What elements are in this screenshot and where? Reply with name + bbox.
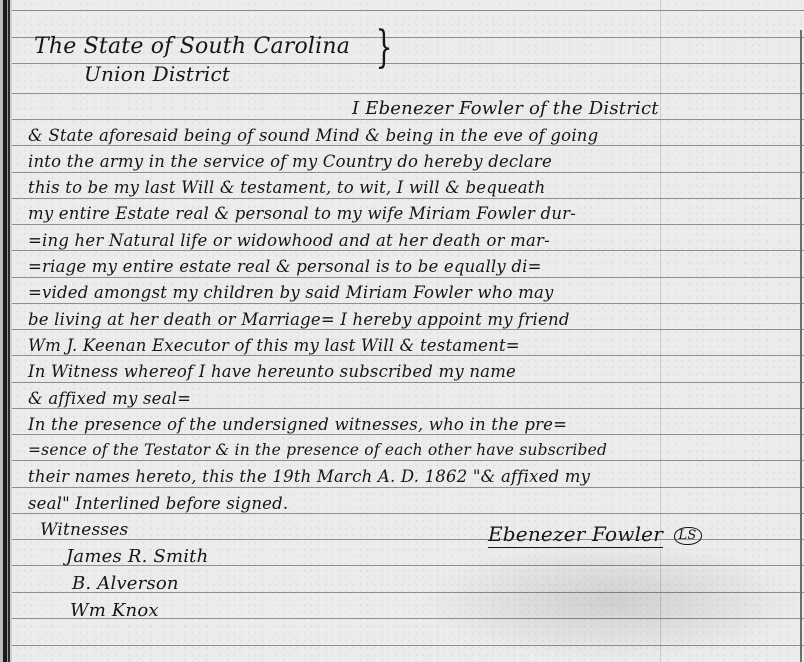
ruled-line xyxy=(12,645,804,646)
witness-3: Wm Knox xyxy=(70,600,159,621)
page-binding-edge xyxy=(0,0,12,662)
document-page: The State of South Carolina } Union Dist… xyxy=(0,0,804,662)
heading-brace: } xyxy=(376,22,393,73)
body-line-14: =sence of the Testator & in the presence… xyxy=(28,441,607,459)
body-line-8: =vided amongst my children by said Miria… xyxy=(28,283,554,302)
body-line-6: =ing her Natural life or widowhood and a… xyxy=(28,231,550,250)
ruled-line xyxy=(12,460,804,461)
ruled-line xyxy=(12,119,804,120)
body-line-3: into the army in the service of my Count… xyxy=(28,152,552,171)
ruled-line xyxy=(12,382,804,383)
ruled-line xyxy=(12,145,804,146)
heading-district: Union District xyxy=(84,62,230,86)
seal-mark-icon: LS xyxy=(674,527,702,545)
testator-signature: Ebenezer Fowler LS xyxy=(488,522,702,546)
body-line-10: Wm J. Keenan Executor of this my last Wi… xyxy=(28,336,520,355)
witness-1: James R. Smith xyxy=(66,546,208,567)
testator-name: Ebenezer Fowler xyxy=(488,522,663,548)
ruled-line xyxy=(12,303,804,304)
right-margin-rule xyxy=(800,30,802,662)
ruled-line xyxy=(12,172,804,173)
body-line-16: seal" Interlined before signed. xyxy=(28,494,288,513)
body-line-7: =riage my entire estate real & personal … xyxy=(28,257,542,276)
ruled-line xyxy=(12,224,804,225)
body-line-15: their names hereto, this the 19th March … xyxy=(28,467,590,486)
body-line-11: In Witness whereof I have hereunto subsc… xyxy=(28,362,516,381)
body-line-4: this to be my last Will & testament, to … xyxy=(28,178,545,197)
body-line-2: & State aforesaid being of sound Mind & … xyxy=(28,126,598,145)
ruled-line xyxy=(12,277,804,278)
heading-state: The State of South Carolina xyxy=(34,34,350,59)
ruled-line xyxy=(12,355,804,356)
ruled-line xyxy=(12,329,804,330)
ruled-line xyxy=(12,513,804,514)
witness-2: B. Alverson xyxy=(72,573,179,594)
ruled-line xyxy=(12,10,804,11)
body-line-5: my entire Estate real & personal to my w… xyxy=(28,204,576,223)
ruled-line xyxy=(12,487,804,488)
body-line-12: & affixed my seal= xyxy=(28,389,191,408)
ruled-line xyxy=(12,434,804,435)
body-line-13: In the presence of the undersigned witne… xyxy=(28,415,567,434)
faint-vertical-rule xyxy=(660,0,661,662)
body-line-1: I Ebenezer Fowler of the District xyxy=(352,98,659,119)
ruled-line xyxy=(12,93,804,94)
ruled-line xyxy=(12,198,804,199)
ruled-line xyxy=(12,408,804,409)
witnesses-label: Witnesses xyxy=(40,520,129,540)
body-line-9: be living at her death or Marriage= I he… xyxy=(28,310,570,329)
ruled-line xyxy=(12,250,804,251)
